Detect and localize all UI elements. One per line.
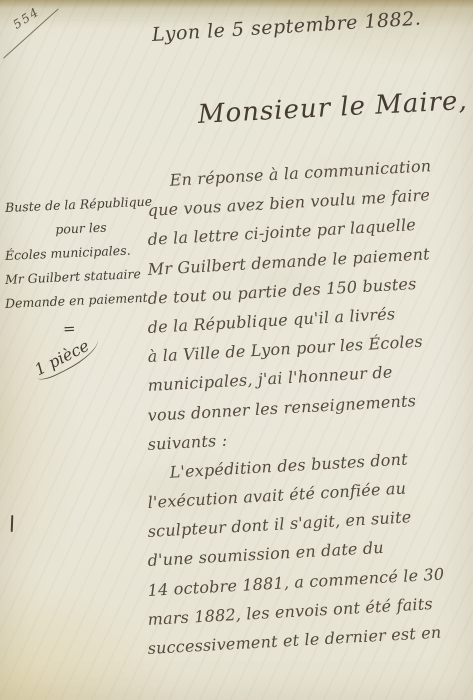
margin-note-line: Demande en paiement — [5, 289, 158, 311]
dateline: Lyon le 5 septembre 1882. — [151, 5, 467, 46]
salutation: Monsieur le Maire, — [197, 86, 468, 130]
letter-body: En réponse à la communication que vous a… — [148, 172, 470, 668]
margin-note-line: Écoles municipales. — [5, 241, 158, 263]
manuscript-page: 554 Lyon le 5 septembre 1882. Monsieur l… — [0, 0, 473, 700]
margin-summary-note: Buste de la République pour les Écoles m… — [5, 200, 157, 369]
equals-mark: = — [63, 316, 158, 338]
margin-note-line: Mr Guilbert statuaire — [5, 265, 158, 287]
margin-note-line: Buste de la République — [5, 193, 158, 215]
margin-note-line: pour les — [5, 217, 158, 239]
piece-count: 1 pièce — [30, 331, 103, 384]
margin-tick-mark — [11, 515, 14, 532]
